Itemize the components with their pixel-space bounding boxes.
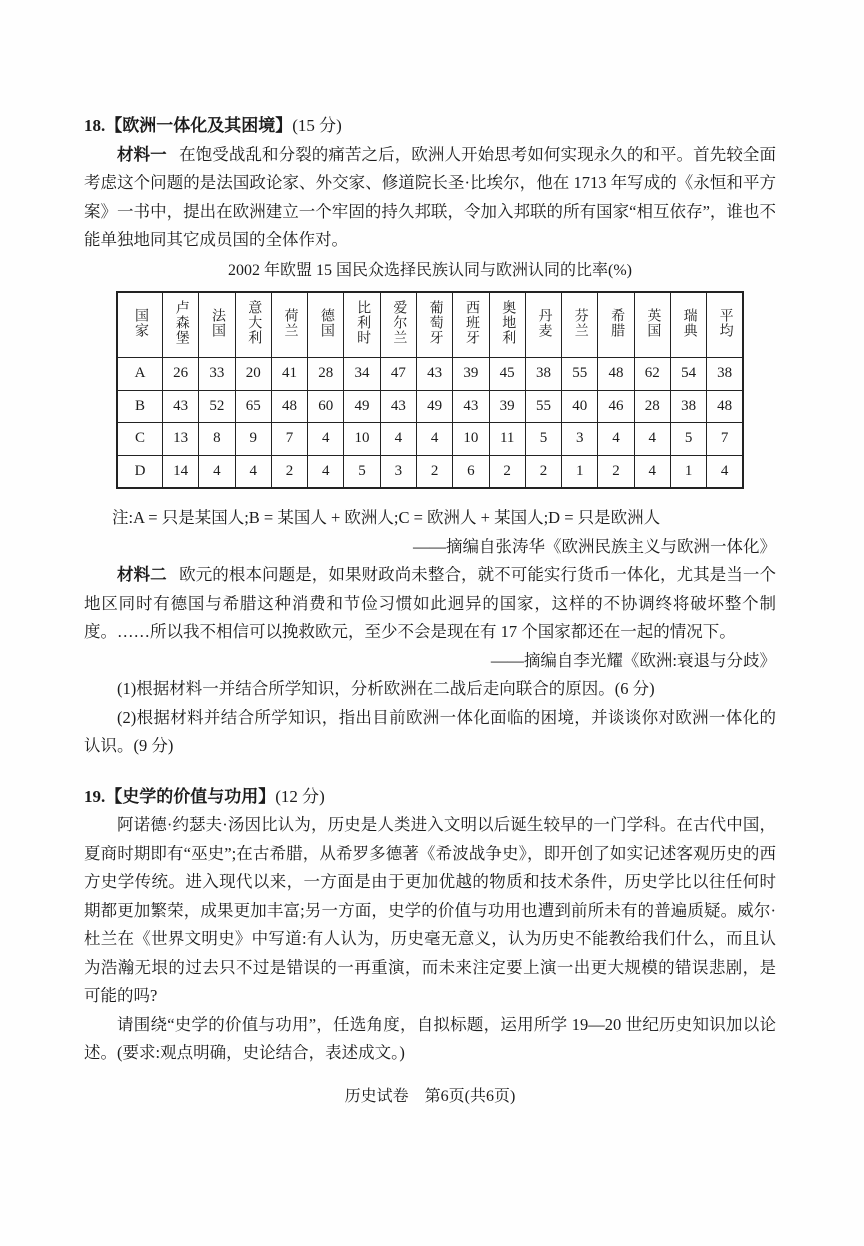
- table-cell: 54: [670, 358, 706, 391]
- table-cell: 4: [707, 455, 743, 488]
- table-cell: 48: [598, 358, 634, 391]
- table-row: B43526548604943494339554046283848: [117, 390, 743, 423]
- material-2-text: 欧元的根本问题是，如果财政尚未整合，就不可能实行货币一体化，尤其是当一个地区同时…: [84, 565, 776, 641]
- material-2-source: ——摘编自李光耀《欧洲:衰退与分歧》: [84, 647, 776, 676]
- table-row-label: B: [117, 390, 163, 423]
- table-column-header: 西班牙: [453, 292, 489, 358]
- question-18-part-2: (2)根据材料并结合所学知识，指出目前欧洲一体化面临的困境，并谈谈你对欧洲一体化…: [84, 704, 776, 761]
- table-header-row: 国家卢森堡法国意大利荷兰德国比利时爱尔兰葡萄牙西班牙奥地利丹麦芬兰希腊英国瑞典平…: [117, 292, 743, 358]
- table-column-header: 奥地利: [489, 292, 525, 358]
- question-18-number: 18.: [84, 116, 105, 135]
- table-note: 注:A = 只是某国人;B = 某国人 + 欧洲人;C = 欧洲人 + 某国人;…: [84, 504, 776, 533]
- table-column-header: 英国: [634, 292, 670, 358]
- question-19-number: 19.: [84, 787, 105, 806]
- table-column-header: 希腊: [598, 292, 634, 358]
- material-1-text: 在饱受战乱和分裂的痛苦之后，欧洲人开始思考如何实现永久的和平。首先较全面考虑这个…: [84, 145, 776, 250]
- table-cell: 45: [489, 358, 525, 391]
- table-cell: 2: [271, 455, 307, 488]
- table-cell: 26: [163, 358, 199, 391]
- table-cell: 3: [562, 423, 598, 456]
- table-cell: 46: [598, 390, 634, 423]
- table-column-header: 爱尔兰: [380, 292, 416, 358]
- material-1-paragraph: 材料一在饱受战乱和分裂的痛苦之后，欧洲人开始思考如何实现永久的和平。首先较全面考…: [84, 141, 776, 255]
- question-19-score: (12 分): [275, 787, 325, 806]
- table-cell: 47: [380, 358, 416, 391]
- table-cell: 33: [199, 358, 235, 391]
- table-cell: 60: [308, 390, 344, 423]
- table-cell: 7: [707, 423, 743, 456]
- table-cell: 3: [380, 455, 416, 488]
- table-cell: 38: [525, 358, 561, 391]
- essay-instruction: 请围绕“史学的价值与功用”，任选角度，自拟标题，运用所学 19—20 世纪历史知…: [84, 1011, 776, 1068]
- table-cell: 4: [380, 423, 416, 456]
- question-18-score: (15 分): [292, 116, 342, 135]
- table-cell: 4: [634, 423, 670, 456]
- table-cell: 4: [235, 455, 271, 488]
- question-18: 18.【欧洲一体化及其困境】(15 分) 材料一在饱受战乱和分裂的痛苦之后，欧洲…: [84, 112, 776, 761]
- table-cell: 48: [271, 390, 307, 423]
- page-footer: 历史试卷 第6页(共6页): [84, 1083, 776, 1112]
- table-row-label: D: [117, 455, 163, 488]
- table-cell: 43: [163, 390, 199, 423]
- table-cell: 28: [308, 358, 344, 391]
- table-cell: 2: [489, 455, 525, 488]
- table-cell: 65: [235, 390, 271, 423]
- table-cell: 10: [344, 423, 380, 456]
- table-cell: 5: [525, 423, 561, 456]
- table-row: C13897410441011534457: [117, 423, 743, 456]
- table-row: D14442453262212414: [117, 455, 743, 488]
- table-cell: 4: [416, 423, 452, 456]
- table-cell: 4: [598, 423, 634, 456]
- question-19-paragraph: 阿诺德·约瑟夫·汤因比认为，历史是人类进入文明以后诞生较早的一门学科。在古代中国…: [84, 811, 776, 1011]
- table-cell: 39: [489, 390, 525, 423]
- table-cell: 62: [634, 358, 670, 391]
- table-column-header: 法国: [199, 292, 235, 358]
- question-19-heading: 19.【史学的价值与功用】(12 分): [84, 783, 776, 812]
- table-cell: 28: [634, 390, 670, 423]
- table-cell: 40: [562, 390, 598, 423]
- table-cell: 6: [453, 455, 489, 488]
- table-cell: 38: [707, 358, 743, 391]
- table-cell: 2: [416, 455, 452, 488]
- question-18-heading: 18.【欧洲一体化及其困境】(15 分): [84, 112, 776, 141]
- table-cell: 7: [271, 423, 307, 456]
- material-2-label: 材料二: [117, 565, 167, 584]
- table-column-header: 芬兰: [562, 292, 598, 358]
- material-2-paragraph: 材料二欧元的根本问题是，如果财政尚未整合，就不可能实行货币一体化，尤其是当一个地…: [84, 561, 776, 647]
- table-column-header: 比利时: [344, 292, 380, 358]
- exam-page: 18.【欧洲一体化及其困境】(15 分) 材料一在饱受战乱和分裂的痛苦之后，欧洲…: [0, 0, 864, 1246]
- table-column-header: 瑞典: [670, 292, 706, 358]
- table-cell: 1: [670, 455, 706, 488]
- material-1-source: ——摘编自张涛华《欧洲民族主义与欧洲一体化》: [84, 533, 776, 562]
- question-18-title: 【欧洲一体化及其困境】: [105, 116, 292, 135]
- table-column-header: 荷兰: [271, 292, 307, 358]
- table-cell: 43: [380, 390, 416, 423]
- table-column-header: 丹麦: [525, 292, 561, 358]
- table-cell: 5: [670, 423, 706, 456]
- table-cell: 38: [670, 390, 706, 423]
- table-cell: 43: [453, 390, 489, 423]
- table-row-label: C: [117, 423, 163, 456]
- table-cell: 4: [308, 423, 344, 456]
- question-19-title: 【史学的价值与功用】: [105, 787, 275, 806]
- table-column-header: 葡萄牙: [416, 292, 452, 358]
- table-cell: 49: [416, 390, 452, 423]
- table-column-header: 平均: [707, 292, 743, 358]
- table-cell: 20: [235, 358, 271, 391]
- table-cell: 8: [199, 423, 235, 456]
- table-cell: 4: [308, 455, 344, 488]
- table-cell: 52: [199, 390, 235, 423]
- table-cell: 5: [344, 455, 380, 488]
- table-cell: 4: [634, 455, 670, 488]
- table-cell: 1: [562, 455, 598, 488]
- table-cell: 4: [199, 455, 235, 488]
- table-cell: 10: [453, 423, 489, 456]
- table-cell: 9: [235, 423, 271, 456]
- table-corner-header: 国家: [117, 292, 163, 358]
- table-cell: 55: [525, 390, 561, 423]
- table-cell: 11: [489, 423, 525, 456]
- table-cell: 39: [453, 358, 489, 391]
- table-title: 2002 年欧盟 15 国民众选择民族认同与欧洲认同的比率(%): [84, 257, 776, 286]
- table-cell: 48: [707, 390, 743, 423]
- table-cell: 2: [598, 455, 634, 488]
- table-cell: 49: [344, 390, 380, 423]
- question-18-part-1: (1)根据材料一并结合所学知识，分析欧洲在二战后走向联合的原因。(6 分): [84, 675, 776, 704]
- table-column-header: 德国: [308, 292, 344, 358]
- table-cell: 41: [271, 358, 307, 391]
- table-column-header: 卢森堡: [163, 292, 199, 358]
- table-cell: 2: [525, 455, 561, 488]
- table-row: A26332041283447433945385548625438: [117, 358, 743, 391]
- table-column-header: 意大利: [235, 292, 271, 358]
- table-cell: 43: [416, 358, 452, 391]
- table-cell: 13: [163, 423, 199, 456]
- table-row-label: A: [117, 358, 163, 391]
- question-19: 19.【史学的价值与功用】(12 分) 阿诺德·约瑟夫·汤因比认为，历史是人类进…: [84, 783, 776, 1068]
- identity-table: 国家卢森堡法国意大利荷兰德国比利时爱尔兰葡萄牙西班牙奥地利丹麦芬兰希腊英国瑞典平…: [116, 291, 744, 489]
- material-1-label: 材料一: [117, 145, 167, 164]
- table-cell: 14: [163, 455, 199, 488]
- table-cell: 55: [562, 358, 598, 391]
- table-cell: 34: [344, 358, 380, 391]
